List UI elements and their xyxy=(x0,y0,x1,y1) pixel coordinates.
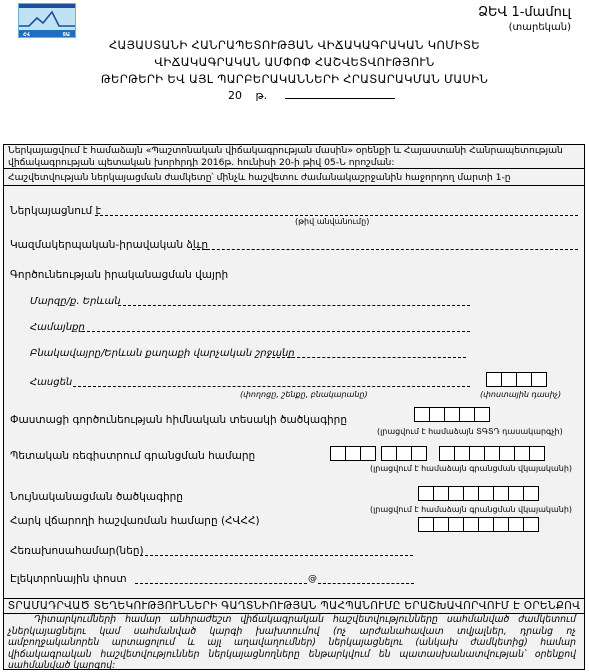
legal-form-label: Կազմակերպական-իրավական ձևը xyxy=(10,239,208,251)
registry-number-cells-3[interactable] xyxy=(439,446,545,461)
confidentiality-title: ՏՐԱՄԱԴՐՎԱԾ ՏԵՂԵԿՈՒԹՅՈՒՆՆԵՐԻ ԳԱՂՏՆԻՈՒԹՅԱՆ… xyxy=(4,598,584,614)
registry-number-cells-1[interactable] xyxy=(330,446,376,461)
identification-code-cells[interactable] xyxy=(418,486,539,501)
community-label: Համայնքը xyxy=(30,322,85,333)
header-line-1: ՀԱՅԱՍՏԱՆԻ ՀԱՆՐԱՊԵՏՈՒԹՅԱՆ ՎԻՃԱԿԱԳՐԱԿԱՆ ԿՈ… xyxy=(0,38,589,52)
submitter-caption: (թիվ անվանումը) xyxy=(295,217,369,226)
form-body xyxy=(3,144,585,670)
address-field[interactable] xyxy=(73,386,470,387)
location-title: Գործունեության իրականացման վայրի xyxy=(10,269,228,281)
legal-basis-note: Ներկայացվում է համաձայն «Պաշտոնական վիճա… xyxy=(4,145,584,169)
armstat-logo-icon: ՀՎ ՏԱ xyxy=(18,3,76,38)
phone-label: Հեռախոսահամար(ներ) xyxy=(10,545,144,557)
header-line-2: ՎԻՃԱԿԱԳՐԱԿԱՆ ԱՄՓՈՓ ՀԱՇՎԵՏՎՈՒԹՅՈՒՆ xyxy=(0,55,589,69)
year-suffix: թ. xyxy=(256,89,268,102)
email-domain-field[interactable] xyxy=(318,583,414,584)
registry-number-cells-2[interactable] xyxy=(381,446,427,461)
identification-code-caption: (լրացվում է համաձայն գրանցման վկայականի) xyxy=(370,505,572,514)
postal-code-caption: (փոստային դասիչ) xyxy=(480,390,561,399)
deadline-note: Հաշվետվության ներկայացման ժամկետը՝ մինչև… xyxy=(4,170,584,186)
email-at-sign: @ xyxy=(308,574,317,584)
email-user-field[interactable] xyxy=(135,583,307,584)
report-year: 20 թ. xyxy=(228,89,395,102)
settlement-field[interactable] xyxy=(272,357,466,358)
header-line-3: ԹԵՐԹԵՐԻ ԵՎ ԱՅԼ ՊԱՐԲԵՐԱԿԱՆՆԵՐԻ ՀՐԱՏԱՐԱԿՄԱ… xyxy=(0,72,589,86)
registry-number-caption: (լրացվում է համաձայն գրանցման վկայականի) xyxy=(370,464,572,473)
community-field[interactable] xyxy=(82,331,470,332)
activity-code-cells[interactable] xyxy=(414,407,490,422)
settlement-label: Բնակավայրը/Երևան քաղաքի վարչական շրջանը xyxy=(30,348,295,359)
region-field[interactable] xyxy=(118,305,470,306)
tax-id-cells[interactable] xyxy=(418,517,539,532)
address-label: Հասցեն xyxy=(30,377,72,388)
activity-code-caption: (լրացվում է համաձայն ՏԳՏԴ դասակարգչի) xyxy=(377,427,563,436)
registry-number-label: Պետական ռեգիստրում գրանցման համարը xyxy=(10,450,255,462)
form-code: ՁԵՎ 1-մամուլ xyxy=(478,5,571,20)
tax-id-label: Հարկ վճարողի հաշվառման համարը (ՀՎՀՀ) xyxy=(10,515,260,527)
submitter-field[interactable] xyxy=(95,215,578,216)
year-field[interactable] xyxy=(285,89,395,99)
legal-form-field[interactable] xyxy=(192,249,578,250)
identification-code-label: Նույնականացման ծածկագիրը xyxy=(10,491,183,503)
postal-code-cells[interactable] xyxy=(486,372,547,387)
address-caption: (փողոցը, շենքը, բնակարանը) xyxy=(240,390,368,399)
year-prefix: 20 xyxy=(228,89,242,102)
region-label: Մարզը/ք. Երևան xyxy=(30,296,121,307)
email-label: Էլեկտրոնային փոստ xyxy=(10,573,127,585)
form-period: (տարեկան) xyxy=(509,22,571,33)
phone-field[interactable] xyxy=(135,555,413,556)
activity-code-label: Փաստացի գործունեության հիմնական տեսակի ծ… xyxy=(10,414,347,426)
liability-note: Դիտարկումների համար անհրաժեշտ վիճակագրակ… xyxy=(8,614,576,672)
submitter-label: Ներկայացնում է xyxy=(10,205,101,217)
